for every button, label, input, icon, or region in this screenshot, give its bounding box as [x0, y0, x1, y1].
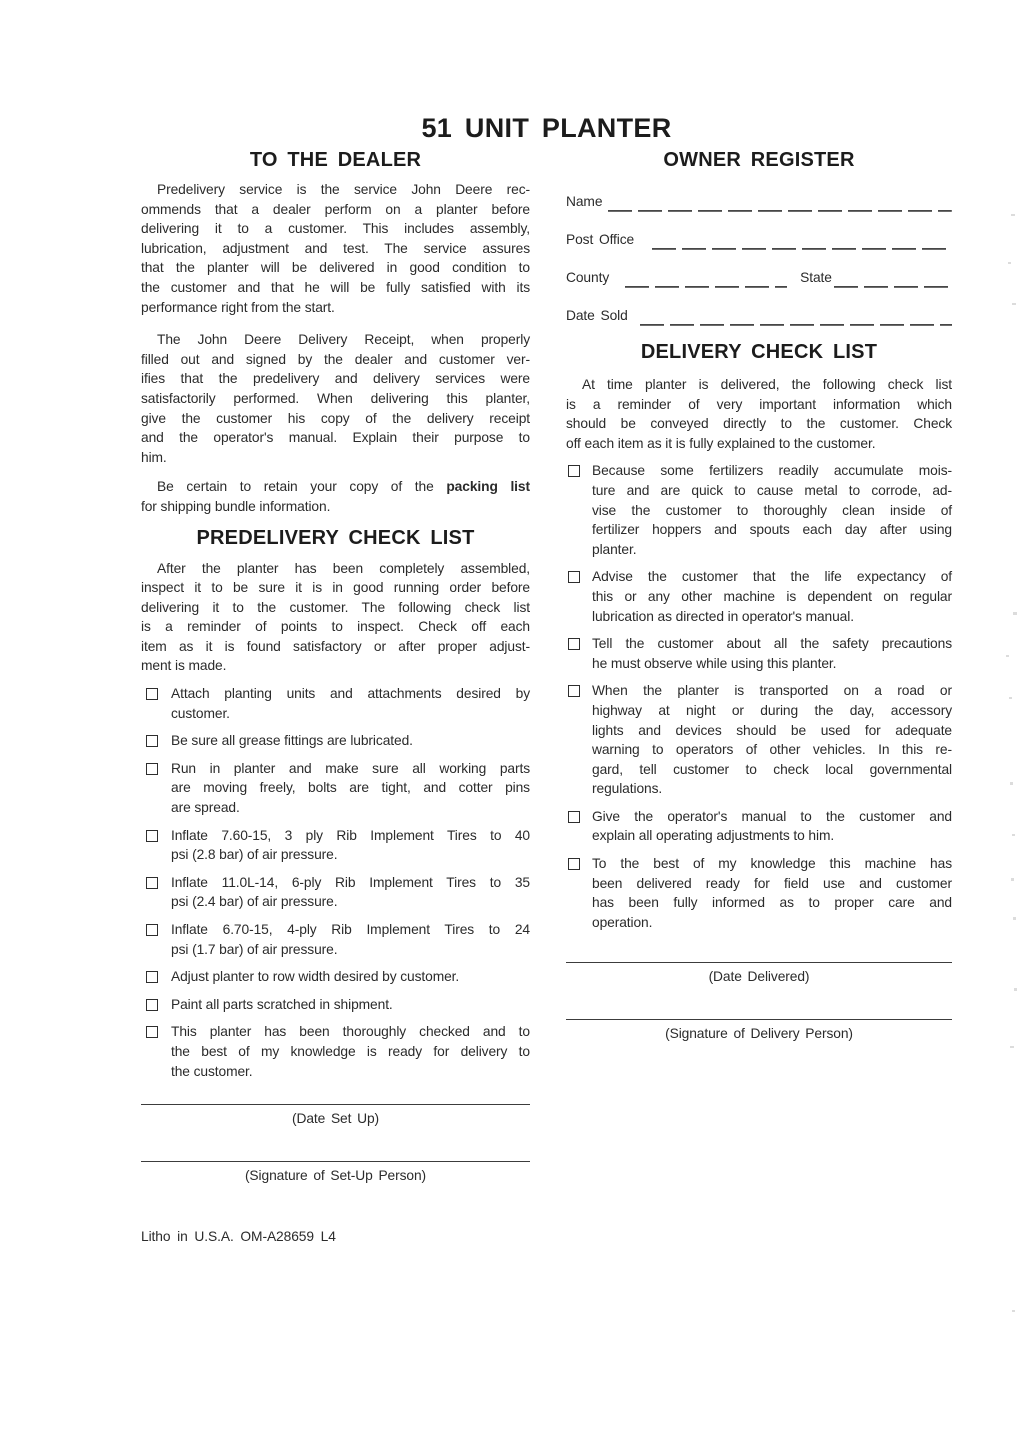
checklist-item: Be sure all grease fittings are lubricat…: [141, 731, 530, 751]
text-line: that the planter will be delivered in go…: [141, 258, 530, 278]
text-line: psi (2.8 bar) of air pressure.: [171, 845, 530, 865]
text-line: Advise the customer that the life expect…: [592, 567, 952, 587]
date-delivered-line: [566, 962, 952, 963]
predelivery-service-paragraph: Predelivery service is the service John …: [141, 180, 530, 317]
text-line: delivering it to the customer. The follo…: [141, 598, 530, 618]
checkbox-icon: [146, 999, 158, 1011]
text-line: After the planter has been completely as…: [141, 559, 530, 579]
setup-signature-block: (Signature of Set-Up Person): [141, 1161, 530, 1186]
text-line: is a reminder of points to inspect. Chec…: [141, 617, 530, 637]
text-line: Inflate 6.70-15, 4-ply Rib Implement Tir…: [171, 920, 530, 940]
text-line: Inflate 7.60-15, 3 ply Rib Implement Tir…: [171, 826, 530, 846]
date-sold-label: Date Sold: [566, 306, 628, 326]
text-line: To the best of my knowledge this machine…: [592, 854, 952, 874]
scan-speck: [1012, 1310, 1015, 1312]
checklist-item-text: Give the operator's manual to the custom…: [592, 807, 952, 846]
text-line: Tell the customer about all the safety p…: [592, 634, 952, 654]
checklist-item: Paint all parts scratched in shipment.: [141, 995, 530, 1015]
checkbox-icon: [568, 638, 580, 650]
checklist-item-text: Inflate 11.0L-14, 6-ply Rib Implement Ti…: [171, 873, 530, 912]
text-line: lights and devices should be used for ad…: [592, 721, 952, 741]
delivery-checklist: Because some fertilizers readily accumul…: [566, 461, 952, 932]
checklist-item-text: Advise the customer that the life expect…: [592, 567, 952, 626]
text-line: should be conveyed directly to the custo…: [566, 414, 952, 434]
checklist-item-text: When the planter is transported on a roa…: [592, 681, 952, 799]
checklist-item-text: Run in planter and make sure all working…: [171, 759, 530, 818]
text-line: gard, tell customer to check local gover…: [592, 760, 952, 780]
text-line: Predelivery service is the service John …: [141, 180, 530, 200]
text-line: Attach planting units and attachments de…: [171, 684, 530, 704]
text-line: filled out and signed by the dealer and …: [141, 350, 530, 370]
date-sold-form-row: Date Sold: [566, 304, 952, 326]
packing-list-paragraph: Be certain to retain your copy of the pa…: [141, 477, 530, 516]
checklist-item-text: Attach planting units and attachments de…: [171, 684, 530, 723]
text-line: is a reminder of very important informat…: [566, 395, 952, 415]
to-the-dealer-heading: TO THE DEALER: [141, 149, 530, 171]
predelivery-intro-paragraph: After the planter has been completely as…: [141, 559, 530, 677]
checkbox-icon: [146, 688, 158, 700]
text-line: Be sure all grease fittings are lubricat…: [171, 731, 530, 751]
right-column: OWNER REGISTER Name Post Office County S…: [566, 0, 952, 932]
date-set-up-block: (Date Set Up): [141, 1104, 530, 1129]
name-label: Name: [566, 192, 602, 212]
state-label: State: [800, 268, 832, 288]
text-line: give the customer his copy of the delive…: [141, 409, 530, 429]
checklist-item-text: Because some fertilizers readily accumul…: [592, 461, 952, 559]
checkbox-icon: [146, 877, 158, 889]
text-line: lubrication, adjustment and test. The se…: [141, 239, 530, 259]
text-line: ommends that a dealer perform on a plant…: [141, 200, 530, 220]
checklist-item: Run in planter and make sure all working…: [141, 759, 530, 818]
text-line: The John Deere Delivery Receipt, when pr…: [141, 330, 530, 350]
date-sold-blank-line: [640, 314, 952, 326]
text-line: been delivered ready for field use and c…: [592, 874, 952, 894]
post-office-blank-line: [652, 238, 952, 250]
text-line: At time planter is delivered, the follow…: [566, 375, 952, 395]
county-blank-line: [625, 276, 787, 288]
checklist-item-text: Be sure all grease fittings are lubricat…: [171, 731, 530, 751]
checkbox-icon: [146, 971, 158, 983]
text-line: psi (1.7 bar) of air pressure.: [171, 940, 530, 960]
checklist-item-text: Adjust planter to row width desired by c…: [171, 967, 530, 987]
checklist-item: Inflate 7.60-15, 3 ply Rib Implement Tir…: [141, 826, 530, 865]
checklist-item: Inflate 11.0L-14, 6-ply Rib Implement Ti…: [141, 873, 530, 912]
county-label: County: [566, 268, 609, 288]
scan-speck: [1011, 878, 1014, 881]
name-blank-line: [608, 200, 952, 212]
text-line: for shipping bundle information.: [141, 497, 530, 517]
checkbox-icon: [568, 858, 580, 870]
text-line: psi (2.4 bar) of air pressure.: [171, 892, 530, 912]
text-line: ifies that the predelivery and delivery …: [141, 369, 530, 389]
text-line: Because some fertilizers readily accumul…: [592, 461, 952, 481]
text-line: the best of my knowledge is ready for de…: [171, 1042, 530, 1062]
checkbox-icon: [568, 685, 580, 697]
checklist-item-text: Paint all parts scratched in shipment.: [171, 995, 530, 1015]
checklist-item-text: This planter has been thoroughly checked…: [171, 1022, 530, 1081]
text-line: vise the customer to thoroughly clean in…: [592, 501, 952, 521]
manual-page: 51 UNIT PLANTER TO THE DEALER Predeliver…: [0, 0, 1024, 1449]
checklist-item: Give the operator's manual to the custom…: [566, 807, 952, 846]
text-line: explain all operating adjustments to him…: [592, 826, 952, 846]
checkbox-icon: [568, 811, 580, 823]
scan-speck: [1010, 782, 1013, 785]
text-line: lubrication as directed in operator's ma…: [592, 607, 952, 627]
date-delivered-block: (Date Delivered): [566, 962, 952, 987]
delivery-signature-block: (Signature of Delivery Person): [566, 1019, 952, 1044]
text-line: regulations.: [592, 779, 952, 799]
date-set-up-caption: (Date Set Up): [141, 1109, 530, 1129]
county-state-form-row: County State: [566, 266, 952, 288]
text-line: Adjust planter to row width desired by c…: [171, 967, 530, 987]
checklist-item-text: To the best of my knowledge this machine…: [592, 854, 952, 932]
scan-speck: [1009, 697, 1012, 699]
checklist-item: Adjust planter to row width desired by c…: [141, 967, 530, 987]
scan-speck: [1013, 917, 1016, 920]
scan-speck: [1011, 214, 1015, 216]
text-line: planter.: [592, 540, 952, 560]
text-line: has been fully informed as to proper car…: [592, 893, 952, 913]
date-set-up-line: [141, 1104, 530, 1105]
scan-speck: [1012, 303, 1016, 305]
predelivery-checklist: Attach planting units and attachments de…: [141, 684, 530, 1081]
checklist-item: Advise the customer that the life expect…: [566, 567, 952, 626]
scan-speck: [1010, 1046, 1014, 1048]
predelivery-check-list-heading: PREDELIVERY CHECK LIST: [141, 527, 530, 549]
text-line: Run in planter and make sure all working…: [171, 759, 530, 779]
checklist-item: When the planter is transported on a roa…: [566, 681, 952, 799]
text-line: item as it is found satisfactory or afte…: [141, 637, 530, 657]
text-line: ture and are quick to cause metal to cor…: [592, 481, 952, 501]
litho-footer-text: Litho in U.S.A. OM-A28659 L4: [141, 1227, 336, 1247]
text-line: and the operator's manual. Explain their…: [141, 428, 530, 448]
text-line: customer.: [171, 704, 530, 724]
text-line: Be certain to retain your copy of the pa…: [141, 477, 530, 497]
date-delivered-caption: (Date Delivered): [566, 967, 952, 987]
delivery-signature-caption: (Signature of Delivery Person): [566, 1024, 952, 1044]
owner-register-heading: OWNER REGISTER: [566, 149, 952, 171]
scan-speck: [1012, 834, 1015, 836]
text-line: fertilizer hoppers and spouts each day a…: [592, 520, 952, 540]
text-line: This planter has been thoroughly checked…: [171, 1022, 530, 1042]
checklist-item: Tell the customer about all the safety p…: [566, 634, 952, 673]
text-line: off each item as it is fully explained t…: [566, 434, 952, 454]
name-form-row: Name: [566, 190, 952, 212]
text-line: are spread.: [171, 798, 530, 818]
setup-signature-caption: (Signature of Set-Up Person): [141, 1166, 530, 1186]
scan-speck: [1013, 612, 1017, 615]
text-line: delivering it to a customer. This includ…: [141, 219, 530, 239]
checkbox-icon: [146, 735, 158, 747]
checklist-item: Attach planting units and attachments de…: [141, 684, 530, 723]
setup-signature-line: [141, 1161, 530, 1162]
checklist-item-text: Inflate 6.70-15, 4-ply Rib Implement Tir…: [171, 920, 530, 959]
checklist-item-text: Inflate 7.60-15, 3 ply Rib Implement Tir…: [171, 826, 530, 865]
checkbox-icon: [146, 1026, 158, 1038]
scan-speck: [1006, 655, 1009, 657]
text-line: the customer.: [171, 1062, 530, 1082]
text-line: are moving freely, bolts are tight, and …: [171, 778, 530, 798]
text-line: this or any other machine is dependent o…: [592, 587, 952, 607]
text-line: highway at night or during the day, acce…: [592, 701, 952, 721]
text-line: warning to operators of other vehicles. …: [592, 740, 952, 760]
checkbox-icon: [146, 830, 158, 842]
state-blank-line: [834, 276, 952, 288]
text-line: inspect it to be sure it is in good runn…: [141, 578, 530, 598]
text-line: Give the operator's manual to the custom…: [592, 807, 952, 827]
checklist-item: Inflate 6.70-15, 4-ply Rib Implement Tir…: [141, 920, 530, 959]
text-line: ment is made.: [141, 656, 530, 676]
checklist-item: Because some fertilizers readily accumul…: [566, 461, 952, 559]
text-line: satisfactorily performed. When deliverin…: [141, 389, 530, 409]
checklist-item: This planter has been thoroughly checked…: [141, 1022, 530, 1081]
delivery-signature-line: [566, 1019, 952, 1020]
delivery-check-list-heading: DELIVERY CHECK LIST: [566, 341, 952, 363]
text-line: When the planter is transported on a roa…: [592, 681, 952, 701]
text-line: him.: [141, 448, 530, 468]
delivery-receipt-paragraph: The John Deere Delivery Receipt, when pr…: [141, 330, 530, 467]
text-line: performance right from the start.: [141, 298, 530, 318]
text-line: Paint all parts scratched in shipment.: [171, 995, 530, 1015]
checkbox-icon: [146, 763, 158, 775]
scan-speck: [1008, 262, 1011, 264]
text-line: he must observe while using this planter…: [592, 654, 952, 674]
text-line: operation.: [592, 913, 952, 933]
text-line: Inflate 11.0L-14, 6-ply Rib Implement Ti…: [171, 873, 530, 893]
checkbox-icon: [568, 571, 580, 583]
checklist-item-text: Tell the customer about all the safety p…: [592, 634, 952, 673]
checklist-item: To the best of my knowledge this machine…: [566, 854, 952, 932]
text-line: the customer and that he will be fully s…: [141, 278, 530, 298]
left-column: TO THE DEALER Predelivery service is the…: [141, 0, 530, 1081]
delivery-intro-paragraph: At time planter is delivered, the follow…: [566, 375, 952, 453]
post-office-form-row: Post Office: [566, 228, 952, 250]
scan-speck: [1014, 988, 1017, 991]
checkbox-icon: [568, 465, 580, 477]
checkbox-icon: [146, 924, 158, 936]
post-office-label: Post Office: [566, 230, 634, 250]
